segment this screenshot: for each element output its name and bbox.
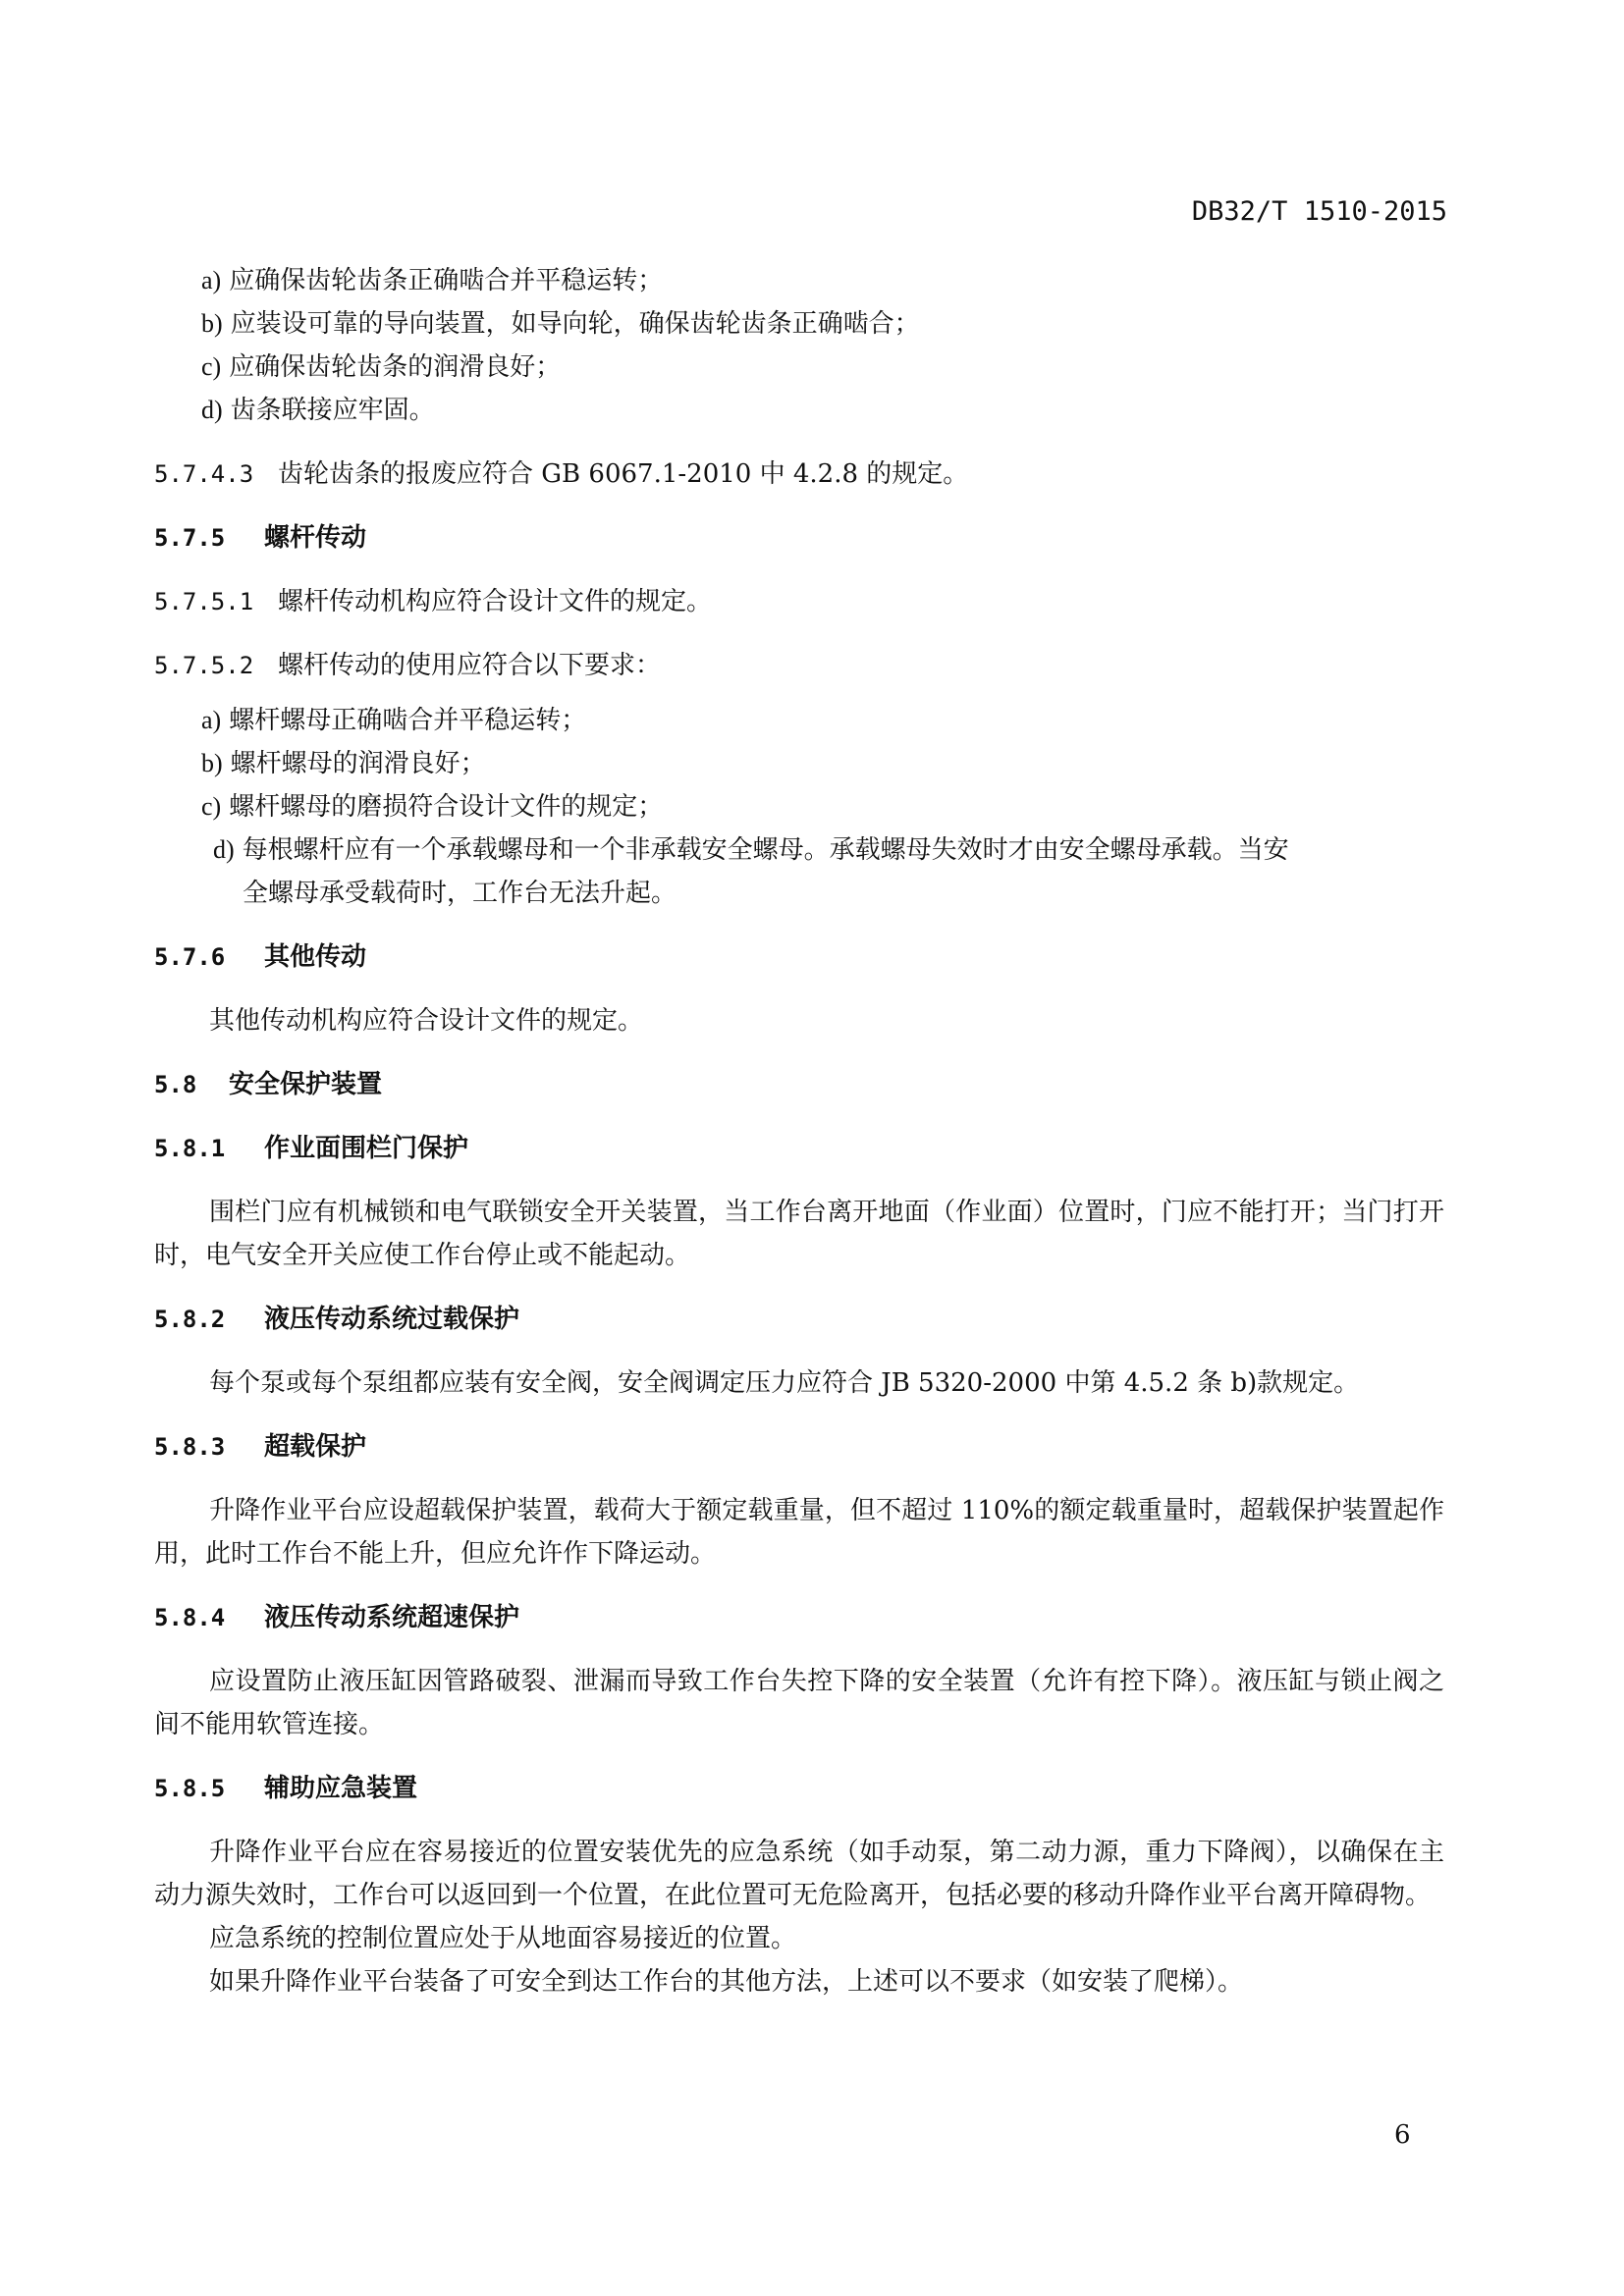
heading-number: 5.8.3 (154, 1425, 250, 1468)
list-item: d)每根螺杆应有一个承载螺母和一个非承载安全螺母。承载螺母失效时才由安全螺母承载… (213, 828, 1444, 915)
heading-number: 5.7.5 (154, 516, 250, 560)
heading-5-8-2: 5.8.2液压传动系统过载保护 (154, 1298, 1444, 1341)
heading-number: 5.8.5 (154, 1767, 250, 1810)
heading-title: 螺杆传动 (264, 523, 366, 553)
heading-title: 超载保护 (264, 1432, 366, 1462)
heading-5-7-6: 5.7.6其他传动 (154, 935, 1444, 979)
clause-number: 5.7.5.1 (154, 580, 264, 623)
heading-title: 辅助应急装置 (264, 1774, 417, 1803)
paragraph: 升降作业平台应在容易接近的位置安装优先的应急系统（如手动泵，第二动力源，重力下降… (154, 1831, 1444, 1917)
heading-number: 5.7.6 (154, 935, 250, 979)
list-item: b)应装设可靠的导向装置，如导向轮，确保齿轮齿条正确啮合； (213, 302, 1444, 346)
document-code: DB32/T 1510-2015 (1192, 196, 1447, 227)
list-item: a)螺杆螺母正确啮合并平稳运转； (213, 699, 1444, 742)
heading-title: 作业面围栏门保护 (264, 1134, 468, 1163)
paragraph: 围栏门应有机械锁和电气联锁安全开关装置，当工作台离开地面（作业面）位置时，门应不… (154, 1191, 1444, 1277)
heading-number: 5.8 (154, 1063, 215, 1106)
heading-5-8-5: 5.8.5辅助应急装置 (154, 1767, 1444, 1810)
page-content: a)应确保齿轮齿条正确啮合并平稳运转； b)应装设可靠的导向装置，如导向轮，确保… (154, 261, 1444, 2003)
list-item: a)应确保齿轮齿条正确啮合并平稳运转； (213, 259, 1444, 302)
heading-5-8: 5.8安全保护装置 (154, 1063, 1444, 1106)
paragraph: 应设置防止液压缸因管路破裂、泄漏而导致工作台失控下降的安全装置（允许有控下降）。… (154, 1660, 1444, 1746)
heading-5-8-1: 5.8.1作业面围栏门保护 (154, 1127, 1444, 1170)
clause-number: 5.7.4.3 (154, 453, 264, 496)
heading-number: 5.8.1 (154, 1127, 250, 1170)
heading-5-8-4: 5.8.4液压传动系统超速保护 (154, 1596, 1444, 1639)
list-item: d)齿条联接应牢固。 (213, 389, 1444, 432)
heading-number: 5.8.2 (154, 1298, 250, 1341)
paragraph: 如果升降作业平台装备了可安全到达工作台的其他方法，上述可以不要求（如安装了爬梯）… (154, 1960, 1444, 2003)
heading-title: 液压传动系统超速保护 (264, 1603, 519, 1632)
paragraph: 每个泵或每个泵组都应装有安全阀，安全阀调定压力应符合 JB 5320-2000 … (154, 1362, 1444, 1405)
list-item: b)螺杆螺母的润滑良好； (213, 742, 1444, 785)
list-item: c)螺杆螺母的磨损符合设计文件的规定； (213, 785, 1444, 828)
clause-5-7-5-1: 5.7.5.1螺杆传动机构应符合设计文件的规定。 (154, 580, 1444, 623)
heading-5-7-5: 5.7.5螺杆传动 (154, 516, 1444, 560)
screw-requirements-list: a)螺杆螺母正确啮合并平稳运转； b)螺杆螺母的润滑良好； c)螺杆螺母的磨损符… (154, 699, 1444, 915)
list-item: c)应确保齿轮齿条的润滑良好； (213, 346, 1444, 389)
paragraph: 其他传动机构应符合设计文件的规定。 (154, 999, 1444, 1042)
heading-title: 安全保护装置 (229, 1070, 382, 1099)
heading-5-8-3: 5.8.3超载保护 (154, 1425, 1444, 1468)
rack-pinion-requirements-list: a)应确保齿轮齿条正确啮合并平稳运转； b)应装设可靠的导向装置，如导向轮，确保… (154, 259, 1444, 432)
clause-number: 5.7.5.2 (154, 644, 264, 687)
clause-5-7-5-2: 5.7.5.2螺杆传动的使用应符合以下要求： (154, 644, 1444, 687)
paragraph: 应急系统的控制位置应处于从地面容易接近的位置。 (154, 1917, 1444, 1960)
heading-title: 其他传动 (264, 942, 366, 972)
page-number: 6 (1394, 2120, 1411, 2150)
heading-title: 液压传动系统过载保护 (264, 1305, 519, 1334)
heading-number: 5.8.4 (154, 1596, 250, 1639)
clause-5-7-4-3: 5.7.4.3齿轮齿条的报废应符合 GB 6067.1-2010 中 4.2.8… (154, 453, 1444, 496)
paragraph: 升降作业平台应设超载保护装置，载荷大于额定载重量，但不超过 110%的额定载重量… (154, 1489, 1444, 1575)
